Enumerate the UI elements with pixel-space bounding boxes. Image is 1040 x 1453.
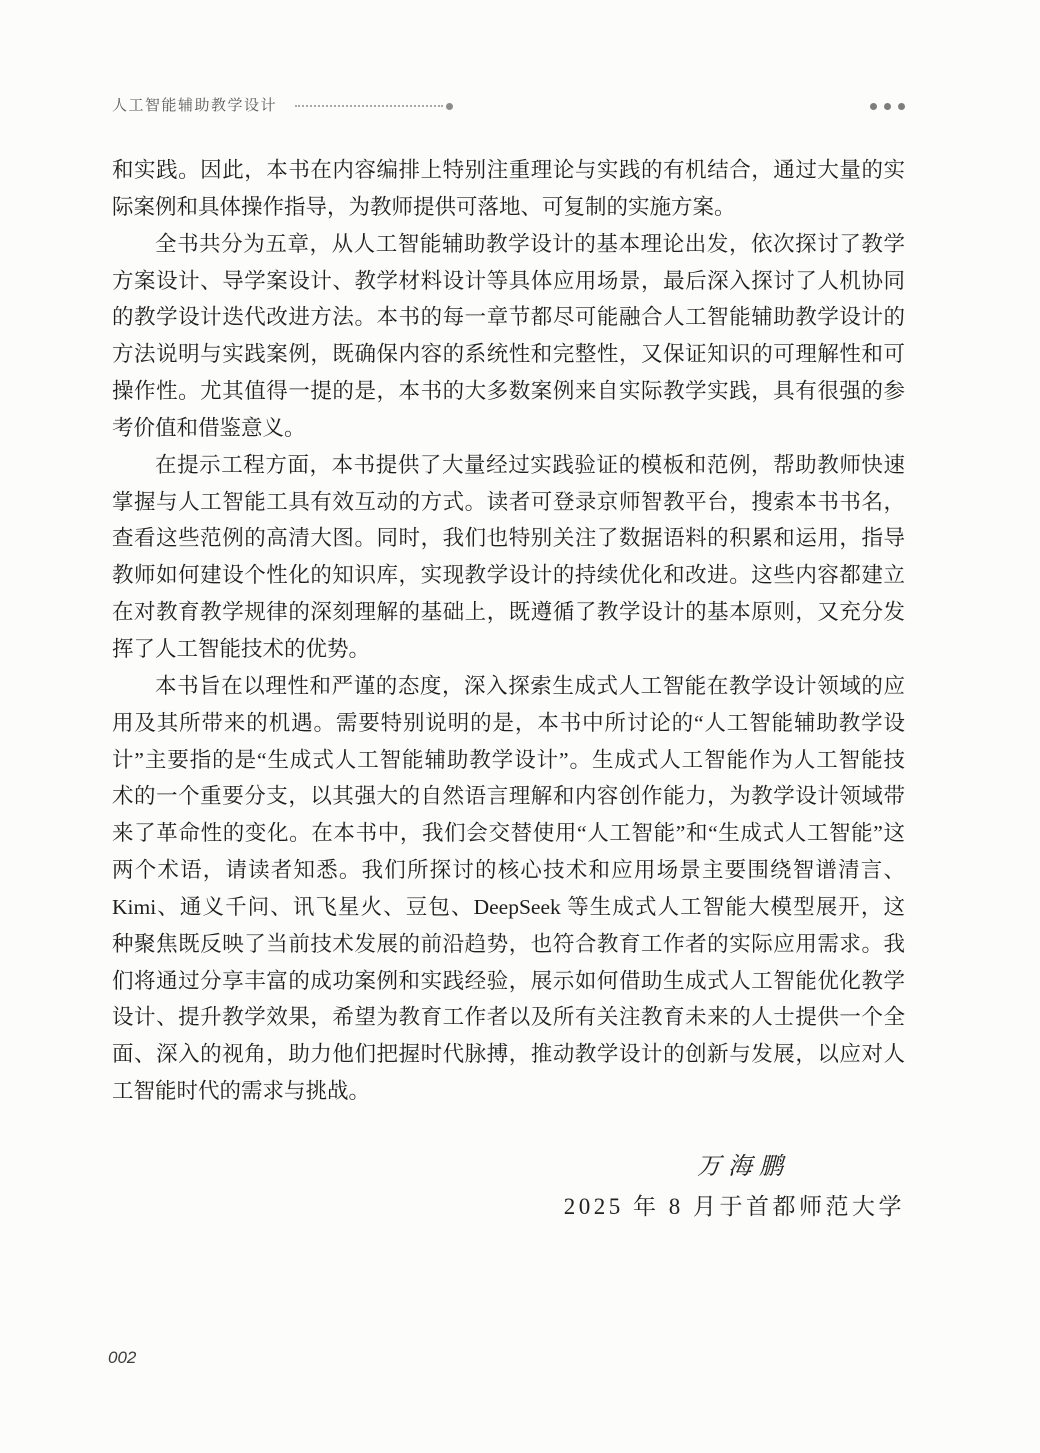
text-line: 用及其所带来的机遇。需要特别说明的是，本书中所讨论的“人工智能辅助教学设 [112,705,905,742]
book-page: 人工智能辅助教学设计 和实践。因此，本书在内容编排上特别注重理论与实践的有机结合… [0,0,1040,1453]
text-line: 方案设计、导学案设计、教学材料设计等具体应用场景，最后深入探讨了人机协同 [112,263,905,300]
text-line: 本书旨在以理性和严谨的态度，深入探索生成式人工智能在教学设计领域的应 [112,668,905,705]
running-head-title: 人工智能辅助教学设计 [112,94,277,115]
text-line: 设计、提升教学效果，希望为教育工作者以及所有关注教育未来的人士提供一个全 [112,999,905,1036]
text-line: 面、深入的视角，助力他们把握时代脉搏，推动教学设计的创新与发展，以应对人 [112,1036,905,1073]
text-line: 在对教育教学规律的深刻理解的基础上，既遵循了教学设计的基本原则，又充分发 [112,594,905,631]
text-line: 全书共分为五章，从人工智能辅助教学设计的基本理论出发，依次探讨了教学 [112,226,905,263]
text-line: 两个术语，请读者知悉。我们所探讨的核心技术和应用场景主要围绕智谱清言、 [112,852,905,889]
text-line: 考价值和借鉴意义。 [112,410,905,447]
page-number: 002 [108,1348,136,1368]
text-line: 际案例和具体操作指导，为教师提供可落地、可复制的实施方案。 [112,189,905,226]
body-text: 和实践。因此，本书在内容编排上特别注重理论与实践的有机结合，通过大量的实际案例和… [112,152,905,1110]
text-line: 方法说明与实践案例，既确保内容的系统性和完整性，又保证知识的可理解性和可 [112,336,905,373]
text-line: 计”主要指的是“生成式人工智能辅助教学设计”。生成式人工智能作为人工智能技 [112,742,905,779]
author-signature: 万海鹏 [112,1146,790,1181]
page-header: 人工智能辅助教学设计 [112,94,905,115]
text-line: 操作性。尤其值得一提的是，本书的大多数案例来自实际教学实践，具有很强的参 [112,373,905,410]
dotted-leader-line [295,105,443,107]
text-line: 查看这些范例的高清大图。同时，我们也特别关注了数据语料的积累和运用，指导 [112,520,905,557]
text-line: 掌握与人工智能工具有效互动的方式。读者可登录京师智教平台，搜索本书书名， [112,484,905,521]
text-line: 在提示工程方面，本书提供了大量经过实践验证的模板和范例，帮助教师快速 [112,447,905,484]
signature-date-line: 2025 年 8 月于首都师范大学 [112,1188,905,1221]
text-line: 术的一个重要分支，以其强大的自然语言理解和内容创作能力，为教学设计领域带 [112,778,905,815]
text-line: 的教学设计迭代改进方法。本书的每一章节都尽可能融合人工智能辅助教学设计的 [112,299,905,336]
text-line: 教师如何建设个性化的知识库，实现教学设计的持续优化和改进。这些内容都建立 [112,557,905,594]
ellipsis-dots-icon [870,103,905,110]
text-line: 来了革命性的变化。在本书中，我们会交替使用“人工智能”和“生成式人工智能”这 [112,815,905,852]
text-line: 工智能时代的需求与挑战。 [112,1073,905,1110]
text-line: Kimi、通义千问、讯飞星火、豆包、DeepSeek 等生成式人工智能大模型展开… [112,889,905,926]
text-line: 种聚焦既反映了当前技术发展的前沿趋势，也符合教育工作者的实际应用需求。我 [112,926,905,963]
text-line: 挥了人工智能技术的优势。 [112,631,905,668]
text-line: 和实践。因此，本书在内容编排上特别注重理论与实践的有机结合，通过大量的实 [112,152,905,189]
leader-end-dot-icon [446,103,453,110]
text-line: 们将通过分享丰富的成功案例和实践经验，展示如何借助生成式人工智能优化教学 [112,963,905,1000]
